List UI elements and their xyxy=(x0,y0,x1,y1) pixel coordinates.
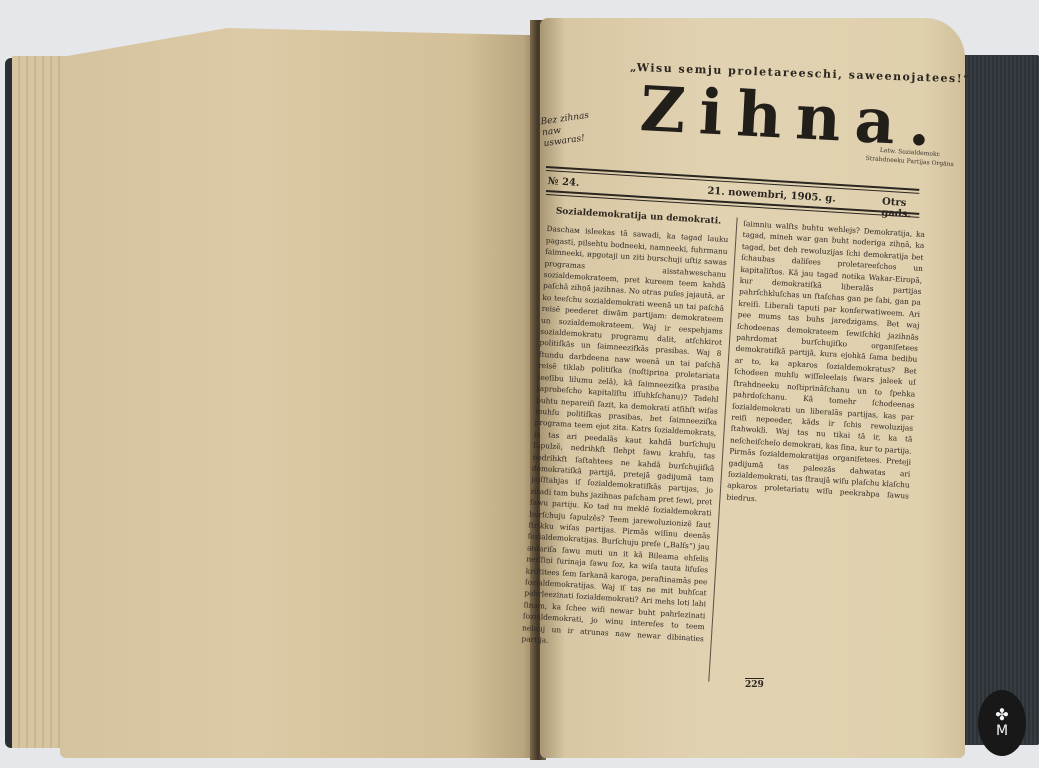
watermark-letter: M xyxy=(996,723,1008,739)
year-label: Otrs gads. xyxy=(881,196,927,221)
article-text-left: Daschaм isleekas tā sawadi, ka tagad lau… xyxy=(521,223,728,655)
page-number: 229 xyxy=(745,678,764,690)
article-columns: Sozialdemokratija un demokrati. Daschaм … xyxy=(519,206,925,698)
left-blank-page xyxy=(60,28,538,758)
newspaper-page: „Wisu semju proletareeschi, saweenojatee… xyxy=(540,18,965,758)
issue-number: № 24. xyxy=(547,176,579,189)
article-column-left: Sozialdemokratija un demokrati. Daschaм … xyxy=(520,206,730,681)
photo-scene: „Wisu semju proletareeschi, saweenojatee… xyxy=(0,0,1039,768)
article-column-right: ſaimniu walſts buhtu wehlejs? Demokratij… xyxy=(715,218,925,693)
masthead-slogan: Bez zihnas naw uswaras! xyxy=(540,109,606,150)
publisher-note: Latw. Sozialdemokr. Strahdneeku Partijas… xyxy=(859,145,960,170)
watermark-badge: ✤ M xyxy=(978,690,1026,756)
article-text-right: ſaimniu walſts buhtu wehlejs? Demokratij… xyxy=(726,218,925,514)
floral-cross-icon: ✤ xyxy=(995,707,1008,723)
